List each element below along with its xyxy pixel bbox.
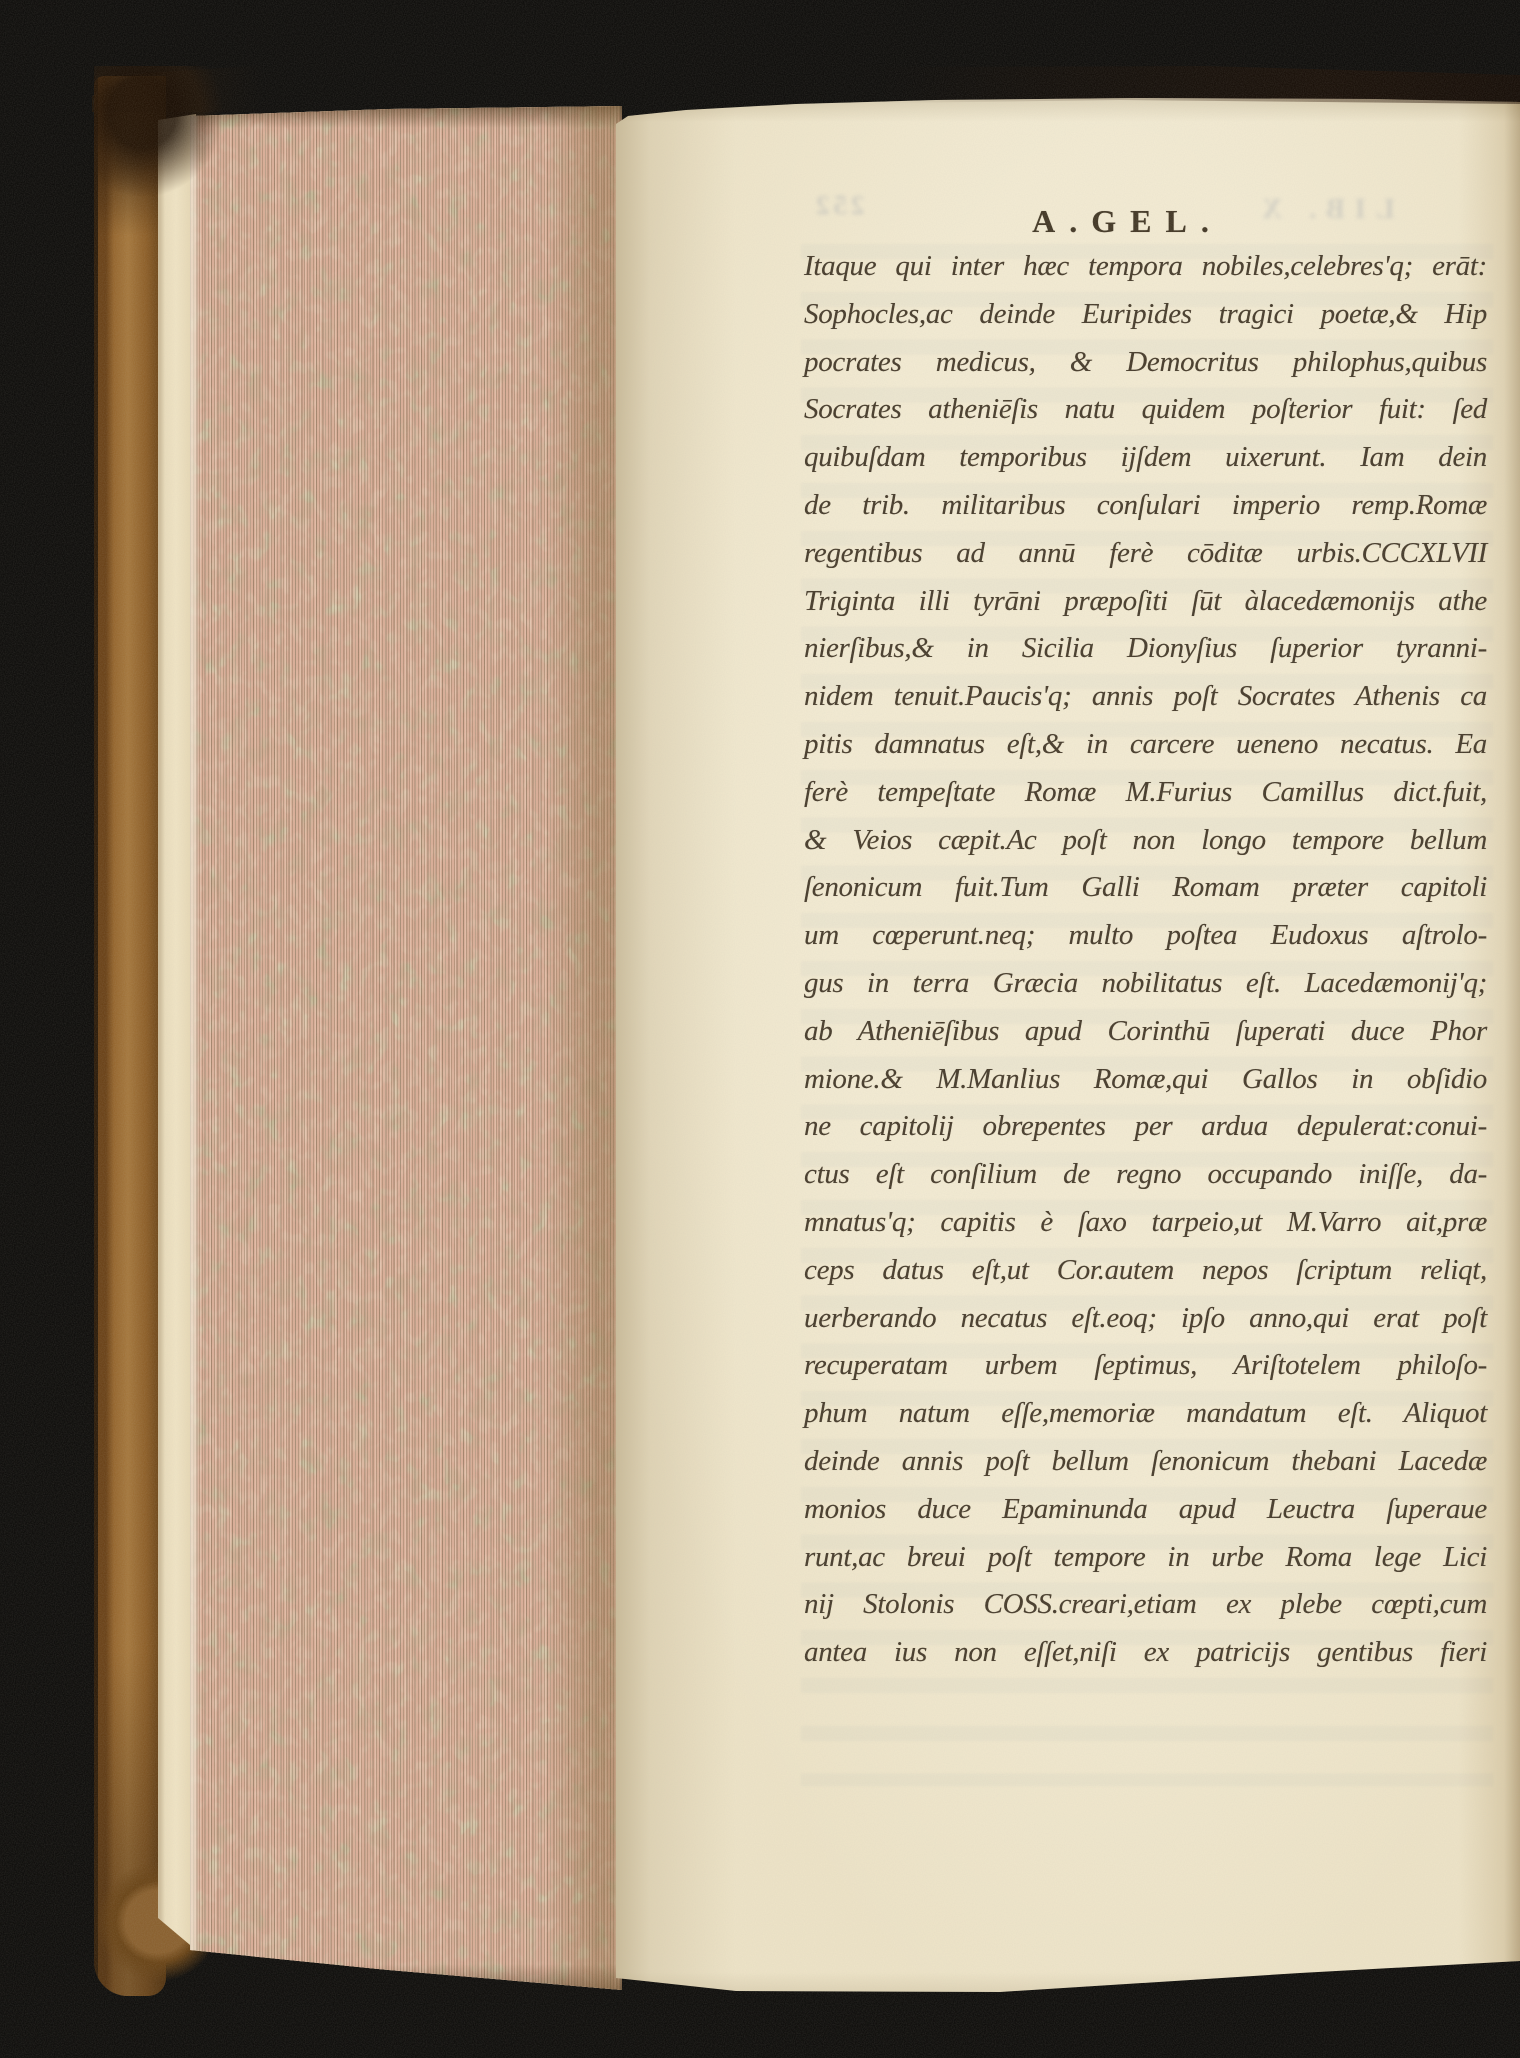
text-line: regentibus ad annū ferè cōditæ urbis.CCC… bbox=[804, 530, 1487, 578]
text-line: & Veios cæpit.Ac poſt non longo tempore … bbox=[804, 817, 1487, 865]
left-cover-leather-edge bbox=[94, 76, 166, 1996]
text-line: ne capitolij obrepentes per ardua depule… bbox=[804, 1103, 1487, 1151]
body-text: Itaque qui inter hæc tempora nobiles,cel… bbox=[804, 243, 1487, 1677]
text-line: antea ius non eſſet,niſi ex patricijs ge… bbox=[804, 1629, 1487, 1677]
text-line: pitis damnatus eſt,& in carcere ueneno n… bbox=[804, 721, 1487, 769]
text-line: quibuſdam temporibus ijſdem uixerunt. Ia… bbox=[804, 434, 1487, 482]
text-line: mione.& M.Manlius Romæ,qui Gallos in obſ… bbox=[804, 1056, 1487, 1104]
text-line: um cœperunt.neq; multo poſtea Eudoxus aſ… bbox=[804, 912, 1487, 960]
text-line: pocrates medicus, & Democritus philophus… bbox=[804, 339, 1487, 387]
text-line: nidem tenuit.Paucis'q; annis poſt Socrat… bbox=[804, 673, 1487, 721]
text-line: phum natum eſſe,memoriæ mandatum eſt. Al… bbox=[804, 1390, 1487, 1438]
text-line: nierſibus,& in Sicilia Dionyſius ſuperio… bbox=[804, 625, 1487, 673]
text-line: Socrates atheniēſis natu quidem poſterio… bbox=[804, 386, 1487, 434]
text-line: gus in terra Græcia nobilitatus eſt. Lac… bbox=[804, 960, 1487, 1008]
text-line: runt,ac breui poſt tempore in urbe Roma … bbox=[804, 1534, 1487, 1582]
text-line: Sophocles,ac deinde Euripides tragici po… bbox=[804, 291, 1487, 339]
text-line: ſenonicum fuit.Tum Galli Romam præter ca… bbox=[804, 864, 1487, 912]
text-line: deinde annis poſt bellum ſenonicum theba… bbox=[804, 1438, 1487, 1486]
fore-edge-leaves bbox=[190, 104, 622, 1994]
text-line: ctus eſt conſilium de regno occupando in… bbox=[804, 1151, 1487, 1199]
book-photo: 252 LIB. X A.GEL. Itaque qui inter hæc t… bbox=[0, 0, 1520, 2058]
text-line: Triginta illi tyrāni præpoſiti ſūt àlace… bbox=[804, 578, 1487, 626]
text-line: Itaque qui inter hæc tempora nobiles,cel… bbox=[804, 243, 1487, 291]
fore-edge-shading bbox=[190, 104, 622, 1994]
cover-top-corner-wear bbox=[94, 66, 222, 196]
text-line: uerberando necatus eſt.eoq; ipſo anno,qu… bbox=[804, 1295, 1487, 1343]
text-line: ferè tempeſtate Romæ M.Furius Camillus d… bbox=[804, 769, 1487, 817]
text-line: nij Stolonis COSS.creari,etiam ex plebe … bbox=[804, 1581, 1487, 1629]
text-line: mnatus'q; capitis è ſaxo tarpeio,ut M.Va… bbox=[804, 1199, 1487, 1247]
text-line: ab Atheniēſibus apud Corinthū ſuperati d… bbox=[804, 1008, 1487, 1056]
book-page: 252 LIB. X A.GEL. Itaque qui inter hæc t… bbox=[616, 94, 1520, 2006]
text-line: monios duce Epaminunda apud Leuctra ſupe… bbox=[804, 1486, 1487, 1534]
running-header: A.GEL. bbox=[786, 199, 1469, 243]
text-line: recuperatam urbem ſeptimus, Ariſtotelem … bbox=[804, 1342, 1487, 1390]
text-line: ceps datus eſt,ut Cor.autem nepos ſcript… bbox=[804, 1247, 1487, 1295]
text-line: de trib. militaribus conſulari imperio r… bbox=[804, 482, 1487, 530]
